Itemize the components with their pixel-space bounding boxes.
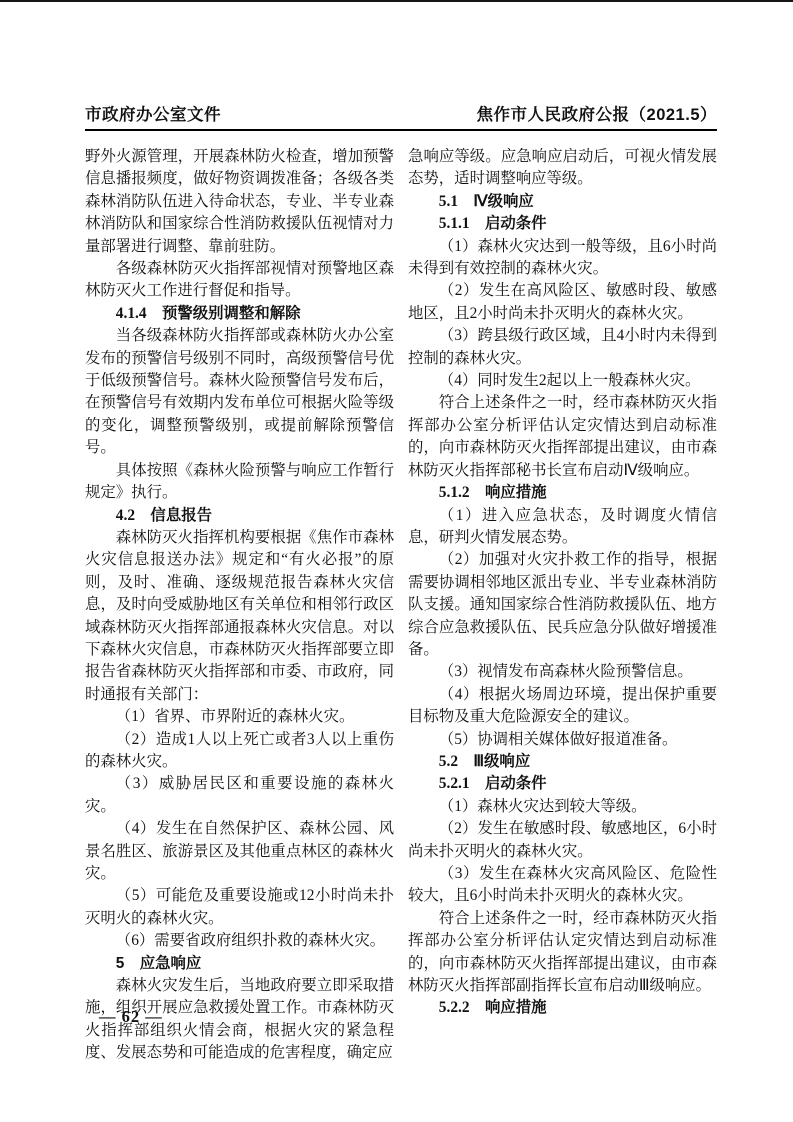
left-column: 野外火源管理，开展森林防火检查，增加预警信息播报频度，做好物资调拨准备；各级各类… <box>85 146 394 1065</box>
section-heading: 5.1.1 启动条件 <box>408 213 717 235</box>
paragraph: （2）造成1人以上死亡或者3人以上重伤的森林火灾。 <box>85 729 394 774</box>
paragraph: （4）根据火场周边环境，提出保护重要目标物及重大危险源安全的建议。 <box>408 684 717 729</box>
header-right-title: 焦作市人民政府公报（2021.5） <box>477 101 717 125</box>
paragraph: 野外火源管理，开展森林防火检查，增加预警信息播报频度，做好物资调拨准备；各级各类… <box>85 146 394 258</box>
paragraph: 各级森林防灭火指挥部视情对预警地区森林防灭火工作进行督促和指导。 <box>85 258 394 303</box>
section-heading: 5.1.2 响应措施 <box>408 482 717 504</box>
paragraph: （2）加强对火灾扑救工作的指导，根据需要协调相邻地区派出专业、半专业森林消防队支… <box>408 549 717 661</box>
paragraph: 急响应等级。应急响应启动后，可视火情发展态势，适时调整响应等级。 <box>408 146 717 191</box>
paragraph: 符合上述条件之一时，经市森林防灭火指挥部办公室分析评估认定灾情达到启动标准的，向… <box>408 908 717 998</box>
gazette-page: 市政府办公室文件 焦作市人民政府公报（2021.5） 野外火源管理，开展森林防火… <box>0 0 793 1122</box>
paragraph: （1）森林火灾达到一般等级，且6小时尚未得到有效控制的森林火灾。 <box>408 236 717 281</box>
paragraph: 当各级森林防火指挥部或森林防火办公室发布的预警信号级别不同时，高级预警信号优于低… <box>85 325 394 459</box>
paragraph: （1）森林火灾达到较大等级。 <box>408 796 717 818</box>
scan-edge <box>0 0 793 2</box>
paragraph: （3）视情发布高森林火险预警信息。 <box>408 661 717 683</box>
header-left-title: 市政府办公室文件 <box>85 101 221 125</box>
paragraph: （3）威胁居民区和重要设施的森林火灾。 <box>85 773 394 818</box>
paragraph: 具体按照《森林火险预警与响应工作暂行规定》执行。 <box>85 460 394 505</box>
paragraph: （5）协调相关媒体做好报道准备。 <box>408 729 717 751</box>
paragraph: （1）进入应急状态，及时调度火情信息，研判火情发展态势。 <box>408 505 717 550</box>
section-heading: 5.2.2 响应措施 <box>408 997 717 1019</box>
document-body: 野外火源管理，开展森林防火检查，增加预警信息播报频度，做好物资调拨准备；各级各类… <box>85 146 717 1065</box>
paragraph: （3）跨县级行政区域，且4小时内未得到控制的森林火灾。 <box>408 325 717 370</box>
section-heading: 4.2 信息报告 <box>85 505 394 527</box>
section-heading: 5 应急响应 <box>85 953 394 975</box>
paragraph: （4）发生在自然保护区、森林公园、风景名胜区、旅游景区及其他重点林区的森林火灾。 <box>85 818 394 885</box>
paragraph: （2）发生在高风险区、敏感时段、敏感地区，且2小时尚未扑灭明火的森林火灾。 <box>408 280 717 325</box>
page-number: — 62 — <box>99 1007 163 1027</box>
page-header: 市政府办公室文件 焦作市人民政府公报（2021.5） <box>85 101 717 125</box>
paragraph: （6）需要省政府组织扑救的森林火灾。 <box>85 930 394 952</box>
section-heading: 5.1 Ⅳ级响应 <box>408 191 717 213</box>
paragraph: 符合上述条件之一时，经市森林防灭火指挥部办公室分析评估认定灾情达到启动标准的，向… <box>408 392 717 482</box>
paragraph: 森林防灭火指挥机构要根据《焦作市森林火灾信息报送办法》规定和“有火必报”的原则，… <box>85 527 394 706</box>
section-heading: 5.2 Ⅲ级响应 <box>408 751 717 773</box>
paragraph: （1）省界、市界附近的森林火灾。 <box>85 706 394 728</box>
section-heading: 5.2.1 启动条件 <box>408 773 717 795</box>
header-rule <box>85 129 717 131</box>
paragraph: （2）发生在敏感时段、敏感地区，6小时尚未扑灭明火的森林火灾。 <box>408 818 717 863</box>
paragraph: （3）发生在森林火灾高风险区、危险性较大，且6小时尚未扑灭明火的森林火灾。 <box>408 863 717 908</box>
section-heading: 4.1.4 预警级别调整和解除 <box>85 303 394 325</box>
paragraph: （5）可能危及重要设施或12小时尚未扑灭明火的森林火灾。 <box>85 885 394 930</box>
paragraph: （4）同时发生2起以上一般森林火灾。 <box>408 370 717 392</box>
right-column: 急响应等级。应急响应启动后，可视火情发展态势，适时调整响应等级。5.1 Ⅳ级响应… <box>408 146 717 1065</box>
